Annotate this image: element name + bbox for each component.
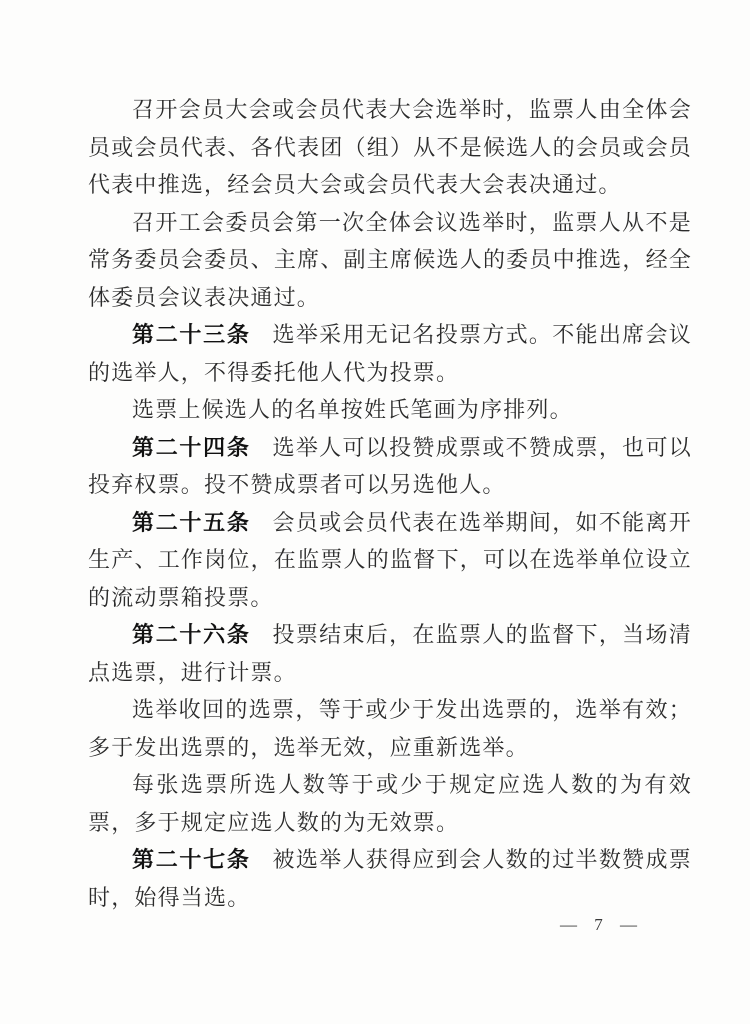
paragraph-text: 召开会员大会或会员代表大会选举时，监票人由全体会员或会员代表、各代表团（组）从不… xyxy=(88,97,692,197)
paragraph-text: 选举收回的选票，等于或少于发出选票的，选举有效；多于发出选票的，选举无效，应重新… xyxy=(88,697,692,760)
article-number-heading: 第二十七条 xyxy=(132,847,251,872)
paragraph-article-23: 第二十三条选举采用无记名投票方式。不能出席会议的选举人，不得委托他人代为投票。 xyxy=(88,316,692,391)
page-number: — 7 — xyxy=(560,913,640,937)
document-body: 召开会员大会或会员代表大会选举时，监票人由全体会员或会员代表、各代表团（组）从不… xyxy=(88,91,692,916)
paragraph-returned-ballots: 选举收回的选票，等于或少于发出选票的，选举有效；多于发出选票的，选举无效，应重新… xyxy=(88,691,692,766)
paragraph-valid-ballot-count: 每张选票所选人数等于或少于规定应选人数的为有效票，多于规定应选人数的为无效票。 xyxy=(88,766,692,841)
paragraph-text: 召开工会委员会第一次全体会议选举时，监票人从不是常务委员会委员、主席、副主席候选… xyxy=(88,210,692,310)
paragraph-member-congress-scrutineer: 召开会员大会或会员代表大会选举时，监票人由全体会员或会员代表、各代表团（组）从不… xyxy=(88,91,692,204)
article-number-heading: 第二十三条 xyxy=(132,322,251,347)
article-number-heading: 第二十五条 xyxy=(132,510,251,535)
document-page: 召开会员大会或会员代表大会选举时，监票人由全体会员或会员代表、各代表团（组）从不… xyxy=(0,0,750,1024)
paragraph-article-24: 第二十四条选举人可以投赞成票或不赞成票，也可以投弃权票。投不赞成票者可以另选他人… xyxy=(88,429,692,504)
paragraph-article-25: 第二十五条会员或会员代表在选举期间，如不能离开生产、工作岗位，在监票人的监督下，… xyxy=(88,504,692,617)
paragraph-article-26: 第二十六条投票结束后，在监票人的监督下，当场清点选票，进行计票。 xyxy=(88,616,692,691)
paragraph-committee-scrutineer: 召开工会委员会第一次全体会议选举时，监票人从不是常务委员会委员、主席、副主席候选… xyxy=(88,204,692,317)
paragraph-text: 每张选票所选人数等于或少于规定应选人数的为有效票，多于规定应选人数的为无效票。 xyxy=(88,772,692,835)
paragraph-text: 选票上候选人的名单按姓氏笔画为序排列。 xyxy=(132,397,573,422)
article-number-heading: 第二十四条 xyxy=(132,435,251,460)
paragraph-ballot-name-order: 选票上候选人的名单按姓氏笔画为序排列。 xyxy=(88,391,692,429)
paragraph-article-27: 第二十七条被选举人获得应到会人数的过半数赞成票时，始得当选。 xyxy=(88,841,692,916)
article-number-heading: 第二十六条 xyxy=(132,622,251,647)
